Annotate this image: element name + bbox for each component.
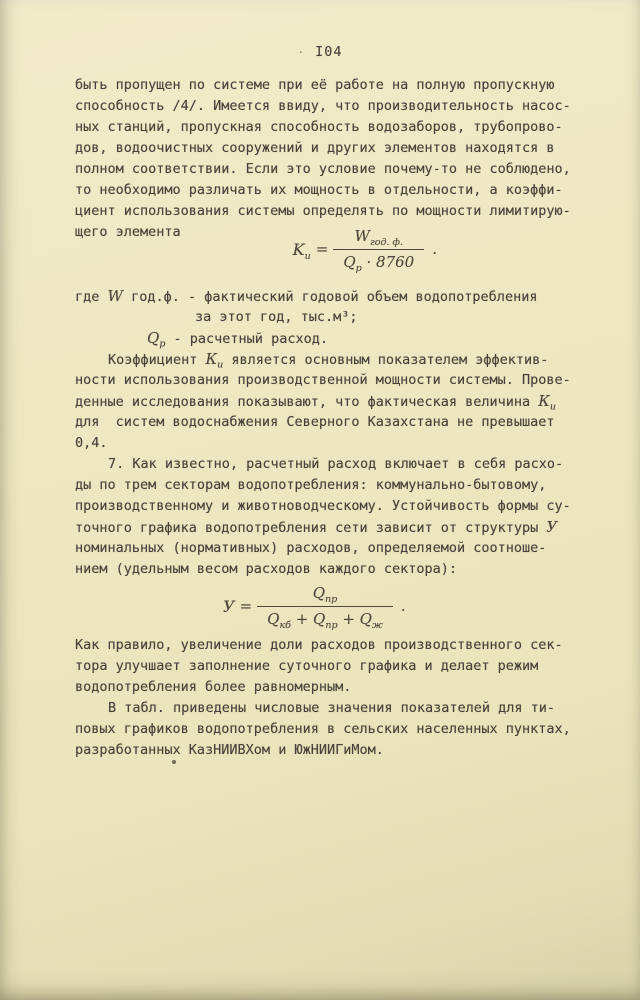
text-line: В табл. приведены числовые значения пока… bbox=[75, 698, 615, 719]
symbol-K: К bbox=[538, 392, 550, 410]
symbol-U: У bbox=[546, 518, 557, 536]
page-body: быть пропущен по системе при её работе н… bbox=[75, 75, 615, 761]
subscript: пр bbox=[325, 594, 337, 605]
denominator: Qр · 8760 bbox=[333, 249, 424, 273]
symbol-Q: Q bbox=[360, 610, 372, 628]
text-line: водопотребления более равномерным. bbox=[75, 677, 615, 698]
plus-sign: + bbox=[338, 610, 360, 628]
paragraph-rule: Как правило, увеличение доли расходов пр… bbox=[75, 635, 615, 698]
paragraph-item-7: 7. Как известно, расчетный расход включа… bbox=[75, 454, 615, 580]
page-header: ·I04 bbox=[0, 0, 640, 65]
text-line: нием (удельным весом расходов каждого се… bbox=[75, 559, 615, 580]
numerator: Qпр bbox=[303, 583, 348, 606]
formula-usage-coefficient: Kи = Wгод. ф. Qр · 8760 . bbox=[293, 226, 437, 273]
page-number-dot: · bbox=[297, 46, 305, 59]
paragraph-coefficient: Коэффициент Ки является основным показат… bbox=[75, 349, 615, 454]
text-line: для систем водоснабжения Северного Казах… bbox=[75, 412, 615, 433]
text-line: дов, водоочистных сооружений и других эл… bbox=[75, 138, 615, 159]
text-line: ных станций, пропускная способность водо… bbox=[75, 117, 615, 138]
formula-2-block: У = Qпр Qкб + Qпр + Qж . bbox=[75, 580, 615, 635]
text-line: полном соответствии. Если это условие по… bbox=[75, 159, 615, 180]
symbol-Q: Q bbox=[343, 253, 355, 271]
text-line: производственному и животноводческому. У… bbox=[75, 496, 615, 517]
formula-period: . bbox=[401, 596, 406, 617]
text-line: за этот год, тыс.м³; bbox=[195, 307, 615, 328]
symbol-K: K bbox=[293, 240, 305, 259]
where-clause: где W год.ф. - фактический годовой объем… bbox=[75, 286, 615, 349]
text-line: способность /4/. Имеется ввиду, что прои… bbox=[75, 96, 615, 117]
fraction: Qпр Qкб + Qпр + Qж bbox=[257, 583, 393, 630]
fraction: Wгод. ф. Qр · 8760 bbox=[333, 226, 424, 273]
subscript: год. ф. bbox=[370, 237, 403, 248]
text-segment: Коэффициент bbox=[108, 352, 206, 368]
symbol-Q: Q bbox=[267, 610, 279, 628]
text-line: 7. Как известно, расчетный расход включа… bbox=[75, 454, 615, 475]
formula-lhs: Kи bbox=[293, 239, 311, 260]
subscript: пр bbox=[325, 620, 337, 631]
symbol-Q: Q bbox=[147, 329, 159, 347]
text-line: 0,4. bbox=[75, 433, 615, 454]
ink-speck bbox=[172, 760, 176, 764]
text-line: точного графика водопотребления сети зав… bbox=[75, 517, 615, 538]
equals-sign: = bbox=[240, 596, 253, 617]
symbol-W: W bbox=[355, 227, 370, 245]
symbol-K: К bbox=[206, 350, 218, 368]
denominator: Qкб + Qпр + Qж bbox=[257, 606, 393, 630]
text-line: разработанных КазНИИВХом и ЮжНИИГиМом. bbox=[75, 740, 615, 761]
subscript: ж bbox=[372, 620, 383, 631]
text-line: Qр - расчетный расход. bbox=[147, 328, 615, 349]
text-line: где W год.ф. - фактический годовой объем… bbox=[75, 286, 615, 307]
subscript: и bbox=[305, 251, 311, 262]
formula-period: . bbox=[432, 239, 437, 260]
text-segment: является основным показателем эффектив- bbox=[223, 352, 548, 368]
symbol-W: W bbox=[108, 287, 123, 305]
text-line: денные исследования показывают, что факт… bbox=[75, 391, 615, 412]
paragraph-table-note: В табл. приведены числовые значения пока… bbox=[75, 698, 615, 761]
text-segment: - расчетный расход. bbox=[165, 331, 328, 347]
text-line: циент использования системы определять п… bbox=[75, 201, 615, 222]
subscript: кб bbox=[279, 620, 290, 631]
symbol-Q: Q bbox=[313, 584, 325, 602]
symbol-Q: Q bbox=[313, 610, 325, 628]
page-number: I04 bbox=[315, 44, 342, 60]
text-line: Как правило, увеличение доли расходов пр… bbox=[75, 635, 615, 656]
text-line: ности использования производственной мощ… bbox=[75, 370, 615, 391]
text-line: повых графиков водопотребления в сельски… bbox=[75, 719, 615, 740]
numerator: Wгод. ф. bbox=[345, 226, 413, 249]
formula-sector-ratio: У = Qпр Qкб + Qпр + Qж . bbox=[223, 583, 406, 630]
text-segment: год.ф. - фактический годовой объем водоп… bbox=[123, 289, 538, 305]
text-line: ды по трем секторам водопотребления: ком… bbox=[75, 475, 615, 496]
text-line: Коэффициент Ки является основным показат… bbox=[75, 349, 615, 370]
text-segment: денные исследования показывают, что факт… bbox=[75, 394, 538, 410]
multiplier: · 8760 bbox=[362, 253, 414, 271]
text-line: тора улучшает заполнение суточного графи… bbox=[75, 656, 615, 677]
symbol-U: У bbox=[223, 596, 235, 617]
paragraph-intro: быть пропущен по системе при её работе н… bbox=[75, 75, 615, 222]
text-line: то необходимо различать их мощность в от… bbox=[75, 180, 615, 201]
equals-sign: = bbox=[316, 239, 329, 260]
text-line: номинальных (нормативных) расходов, опре… bbox=[75, 538, 615, 559]
text-line: быть пропущен по системе при её работе н… bbox=[75, 75, 615, 96]
text-segment: где bbox=[75, 289, 108, 305]
formula-1-row: щего элемента Kи = Wгод. ф. Qр · 8760 . bbox=[75, 222, 615, 286]
plus-sign: + bbox=[291, 610, 313, 628]
scanned-book-page: ·I04 быть пропущен по системе при её раб… bbox=[0, 0, 640, 1000]
text-line: щего элемента bbox=[75, 222, 181, 243]
text-segment: точного графика водопотребления сети зав… bbox=[75, 520, 546, 536]
